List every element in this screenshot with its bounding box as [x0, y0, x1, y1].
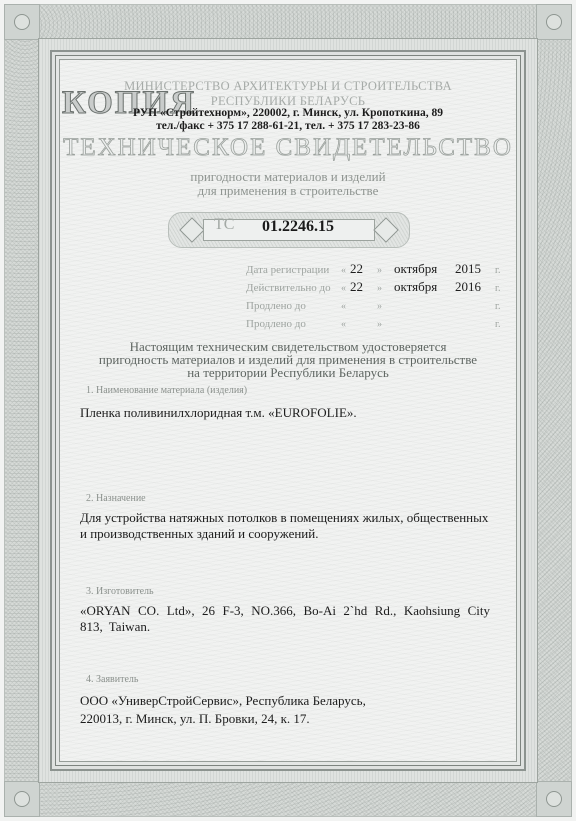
certificate-number: 01.2246.15 [262, 218, 334, 236]
year-suffix: г. [495, 301, 500, 312]
date-row-extended-2: Продлено до « » г. [246, 315, 506, 333]
open-quote: « [341, 301, 346, 312]
applicant-line-1: ООО «УниверСтройСервис», Республика Бела… [80, 692, 490, 710]
section-value-material: Пленка поливинилхлоридная т.м. «EUROFOLI… [80, 405, 490, 421]
corner-rosette-icon [536, 781, 572, 817]
section-label-purpose: 2. Назначение [86, 493, 146, 504]
date-year: 2015 [455, 261, 481, 277]
section-label-manufacturer: 3. Изготовитель [86, 586, 154, 597]
section-value-manufacturer: «ORYAN CO. Ltd», 26 F-3, NO.366, Bo-Ai 2… [80, 603, 490, 635]
close-quote: » [377, 265, 382, 276]
date-day: 22 [350, 261, 363, 277]
section-value-purpose: Для устройства натяжных потолков в помещ… [80, 510, 490, 542]
close-quote: » [377, 319, 382, 330]
date-year: 2016 [455, 279, 481, 295]
date-label: Продлено до [246, 318, 306, 330]
diamond-ornament-icon [179, 217, 204, 242]
close-quote: » [377, 283, 382, 294]
date-label: Продлено до [246, 300, 306, 312]
year-suffix: г. [495, 265, 500, 276]
date-month: октября [394, 261, 437, 277]
open-quote: « [341, 265, 346, 276]
date-row-extended-1: Продлено до « » г. [246, 297, 506, 315]
date-label: Дата регистрации [246, 264, 329, 276]
certificate-prefix: ТС [214, 216, 234, 234]
year-suffix: г. [495, 283, 500, 294]
date-row-registration: Дата регистрации « 22 » октября 2015 г. [246, 261, 506, 279]
document-title: ТЕХНИЧЕСКОЕ СВИДЕТЕЛЬСТВО [0, 134, 576, 162]
section-label-material: 1. Наименование материала (изделия) [86, 385, 247, 396]
certification-statement-3: на территории Республики Беларусь [0, 366, 576, 380]
corner-rosette-icon [4, 4, 40, 40]
issuer-stamp-phones: тел./факс + 375 17 288-61-21, тел. + 375… [0, 120, 576, 133]
section-value-applicant: ООО «УниверСтройСервис», Республика Бела… [80, 692, 490, 728]
open-quote: « [341, 319, 346, 330]
year-suffix: г. [495, 319, 500, 330]
date-row-valid-until: Действительно до « 22 » октября 2016 г. [246, 279, 506, 297]
diamond-ornament-icon [373, 217, 398, 242]
document-subtitle-2: для применения в строительстве [0, 183, 576, 199]
issuer-stamp-address: РУП «Стройтехнорм», 220002, г. Минск, ул… [0, 107, 576, 120]
close-quote: » [377, 301, 382, 312]
date-label: Действительно до [246, 282, 331, 294]
section-label-applicant: 4. Заявитель [86, 674, 138, 685]
certificate-page: МИНИСТЕРСТВО АРХИТЕКТУРЫ И СТРОИТЕЛЬСТВА… [0, 0, 576, 821]
applicant-line-2: 220013, г. Минск, ул. П. Бровки, 24, к. … [80, 710, 490, 728]
date-month: октября [394, 279, 437, 295]
corner-rosette-icon [536, 4, 572, 40]
date-day: 22 [350, 279, 363, 295]
open-quote: « [341, 283, 346, 294]
corner-rosette-icon [4, 781, 40, 817]
